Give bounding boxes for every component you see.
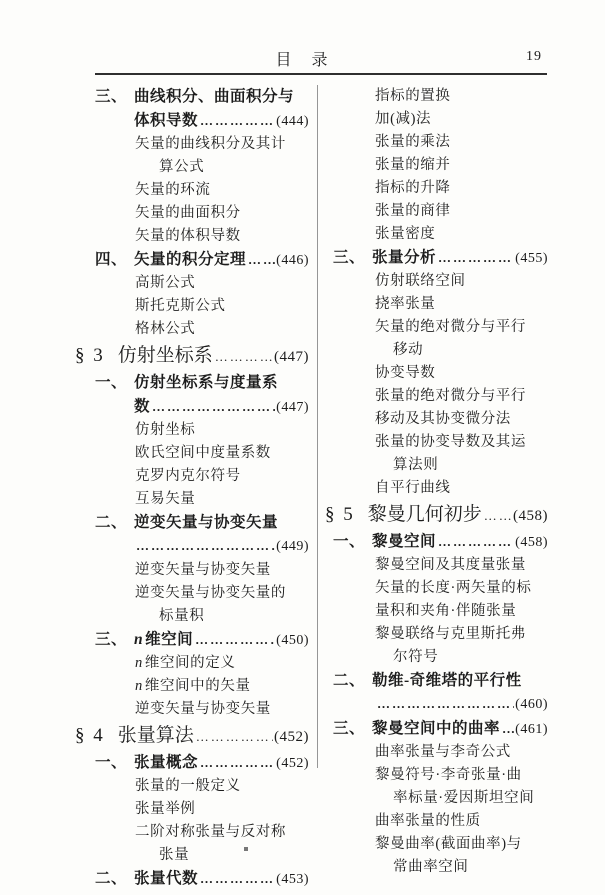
toc-entry: 二、勒维-奇维塔的平行性: [325, 671, 548, 695]
dot-leader: …………………………………………………………………………………………………………: [438, 251, 514, 264]
toc-entry: 黎曼空间及其度量张量: [325, 556, 548, 579]
page-title: 目 录: [0, 47, 605, 70]
toc-entry: 格林公式: [75, 320, 309, 343]
toc-entry: 黎曼联络与克里斯托弗: [325, 625, 548, 648]
entry-title: 张量算法: [118, 726, 194, 745]
entry-title: 黎曼几何初步: [368, 505, 482, 524]
toc-entry: 移动及其协变微分法: [325, 410, 548, 433]
entry-number: 三、: [95, 89, 127, 105]
entry-title: 张量的乘法: [375, 135, 451, 150]
entry-title: 黎曼符号·李奇张量·曲: [375, 768, 522, 783]
dot-leader: …………………………………………………………………………………………………………: [200, 872, 275, 885]
entry-title: 数: [134, 399, 150, 415]
entry-title: 矢量的曲面积分: [135, 206, 241, 221]
toc-entry: 二、张量代数……………………………………………………………………………………………: [75, 869, 309, 893]
entry-title: 算公式: [159, 160, 204, 175]
toc-entry: 斯托克斯公式: [75, 297, 309, 320]
dot-leader: …………………………………………………………………………………………………………: [377, 697, 514, 710]
entry-title: 张量举例: [135, 802, 195, 817]
toc-entry: 矢量的长度·两矢量的标: [325, 579, 548, 602]
dot-leader: …………………………………………………………………………………………………………: [502, 722, 514, 735]
entry-page: (450): [276, 634, 309, 648]
toc-entry: 三、曲线积分、曲面积分与: [75, 87, 309, 111]
toc-entry: 逆变矢量与协变矢量的: [75, 584, 309, 607]
header-rule: [95, 73, 547, 75]
toc-entry: § 5黎曼几何初步……………………………………………………………………………………: [325, 502, 548, 532]
entry-title: 指标的置换: [375, 89, 451, 104]
toc-entry: 一、张量概念……………………………………………………………………………………………: [75, 753, 309, 777]
entry-title: 斯托克斯公式: [135, 299, 226, 314]
entry-page: (458): [513, 509, 548, 524]
toc-entry: 互易矢量: [75, 490, 309, 513]
dot-leader: …………………………………………………………………………………………………………: [196, 730, 273, 743]
toc-entry: 仿射坐标: [75, 421, 309, 444]
entry-number: 四、: [95, 252, 127, 268]
entry-title: 矢量的长度·两矢量的标: [375, 581, 531, 596]
entry-title: 勒维-奇维塔的平行性: [372, 673, 522, 689]
entry-title: 移动: [393, 343, 423, 358]
entry-title: 矢量的积分定理: [134, 252, 246, 268]
entry-title: 尔符号: [393, 650, 438, 665]
entry-title: 互易矢量: [135, 492, 195, 507]
entry-title: 张量概念: [134, 755, 198, 771]
dot-leader: …………………………………………………………………………………………………………: [484, 509, 512, 522]
toc-entry: 指标的升降: [325, 179, 548, 202]
entry-page: (444): [276, 115, 309, 129]
toc-entry: 仿射联络空间: [325, 272, 548, 295]
entry-page: (455): [515, 252, 548, 266]
entry-page: (460): [515, 698, 548, 712]
entry-title: 仿射坐标系与度量系: [134, 375, 278, 391]
entry-title: 矢量的曲线积分及其计: [135, 137, 286, 152]
entry-page: (449): [276, 540, 309, 554]
toc-entry: § 3仿射坐标系………………………………………………………………………………………: [75, 343, 309, 373]
entry-title: 标量积: [159, 609, 204, 624]
entry-title: 张量: [159, 848, 189, 863]
toc-entry: 黎曼曲率(截面曲率)与: [325, 835, 548, 858]
toc-entry: 克罗内克尔符号: [75, 467, 309, 490]
toc-entry: 张量密度: [325, 225, 548, 248]
dot-leader: …………………………………………………………………………………………………………: [200, 756, 275, 769]
entry-title: 黎曼曲率(截面曲率)与: [375, 837, 522, 852]
toc-entry: 张量的绝对微分与平行: [325, 387, 548, 410]
toc-entry: 逆变矢量与协变矢量: [75, 561, 309, 584]
toc-entry: 张量举例: [75, 800, 309, 823]
entry-title-text: 维空间中的矢量: [145, 678, 251, 694]
entry-title: n维空间: [134, 632, 193, 648]
toc-entry: 算公式: [75, 158, 309, 181]
entry-number: § 4: [75, 726, 105, 745]
entry-title: 二阶对称张量与反对称: [135, 825, 286, 840]
toc-entry: 矢量的体积导数: [75, 227, 309, 250]
toc-entry: 协变导数: [325, 364, 548, 387]
page-number: 19: [526, 49, 542, 65]
toc-entry: 欧氏空间中度量系数: [75, 444, 309, 467]
toc-entry: 三、张量分析……………………………………………………………………………………………: [325, 248, 548, 272]
toc-entry: 张量的缩并: [325, 156, 548, 179]
entry-title: 曲率张量的性质: [375, 814, 481, 829]
dot-leader: …………………………………………………………………………………………………………: [195, 633, 275, 646]
toc-entry: 尔符号: [325, 648, 548, 671]
entry-number: 三、: [333, 250, 365, 266]
entry-title: 黎曼联络与克里斯托弗: [375, 627, 526, 642]
entry-number: 二、: [95, 515, 127, 531]
toc-entry: 矢量的曲面积分: [75, 204, 309, 227]
toc-entry: 标量积: [75, 607, 309, 630]
toc-entry: 曲率张量与李奇公式: [325, 743, 548, 766]
dot-leader: …………………………………………………………………………………………………………: [136, 539, 275, 552]
entry-number: 一、: [95, 375, 127, 391]
toc-entry: 曲率张量的性质: [325, 812, 548, 835]
entry-title: 张量的一般定义: [135, 779, 241, 794]
entry-title: n维空间中的矢量: [135, 679, 251, 694]
entry-title: 矢量的体积导数: [135, 229, 241, 244]
toc-entry: 自平行曲线: [325, 479, 548, 502]
italic-variable: n: [134, 631, 143, 648]
toc-entry: 算法则: [325, 456, 548, 479]
entry-title: 仿射联络空间: [375, 274, 466, 289]
entry-title: 欧氏空间中度量系数: [135, 446, 271, 461]
toc-entry: 矢量的曲线积分及其计: [75, 135, 309, 158]
entry-page: (447): [274, 350, 309, 365]
entry-page: (452): [276, 757, 309, 771]
entry-title: 曲率张量与李奇公式: [375, 745, 511, 760]
toc-entry: 一、仿射坐标系与度量系: [75, 373, 309, 397]
dot-leader: …………………………………………………………………………………………………………: [215, 350, 273, 363]
toc-entry: 三、黎曼空间中的曲率…………………………………………………………………………………: [325, 719, 548, 743]
entry-title: 指标的升降: [375, 181, 451, 196]
toc-entry: 高斯公式: [75, 274, 309, 297]
scan-speck: [244, 847, 248, 851]
toc-entry: 三、n维空间……………………………………………………………………………………………: [75, 630, 309, 654]
entry-title: 黎曼空间及其度量张量: [375, 558, 526, 573]
entry-title: 张量分析: [372, 250, 436, 266]
toc-right-column: 指标的置换加(减)法张量的乘法张量的缩并指标的升降张量的商律张量密度三、张量分析…: [325, 87, 548, 881]
toc-entry: 张量的乘法: [325, 133, 548, 156]
dot-leader: …………………………………………………………………………………………………………: [152, 400, 275, 413]
entry-number: 二、: [95, 871, 127, 887]
entry-title: 张量代数: [134, 871, 198, 887]
entry-title: 格林公式: [135, 322, 195, 337]
toc-left-column: 三、曲线积分、曲面积分与体积导数…………………………………………………………………: [75, 87, 309, 893]
toc-entry: § 4张量算法…………………………………………………………………………………………: [75, 723, 309, 753]
entry-page: (447): [276, 401, 309, 415]
entry-title: 张量的绝对微分与平行: [375, 389, 526, 404]
toc-entry: 加(减)法: [325, 110, 548, 133]
entry-title: 曲线积分、曲面积分与: [134, 89, 294, 105]
toc-entry: n维空间的定义: [75, 654, 309, 677]
entry-title: 逆变矢量与协变矢量: [134, 515, 278, 531]
toc-page: 目 录 19 三、曲线积分、曲面积分与体积导数………………………………………………: [0, 0, 605, 895]
toc-entry: 四、矢量的积分定理……………………………………………………………………………………: [75, 250, 309, 274]
entry-number: § 5: [325, 505, 355, 524]
toc-entry: ……………………………………………………………………………………………………………: [325, 695, 548, 719]
entry-title: 协变导数: [375, 366, 435, 381]
entry-number: 一、: [333, 534, 365, 550]
entry-title: 张量的商律: [375, 204, 451, 219]
entry-title: 仿射坐标: [135, 423, 195, 438]
entry-number: 一、: [95, 755, 127, 771]
toc-entry: 张量的协变导数及其运: [325, 433, 548, 456]
entry-title-text: 维空间的定义: [145, 655, 236, 671]
entry-title: 体积导数: [134, 113, 198, 129]
column-divider: [317, 85, 318, 768]
entry-page: (461): [515, 723, 548, 737]
entry-title-text: 维空间: [145, 631, 193, 648]
entry-title: 移动及其协变微分法: [375, 412, 511, 427]
toc-entry: 率标量·爱因斯坦空间: [325, 789, 548, 812]
toc-entry: 挠率张量: [325, 295, 548, 318]
entry-title: 加(减)法: [375, 112, 431, 127]
entry-title: 逆变矢量与协变矢量: [135, 702, 271, 717]
dot-leader: …………………………………………………………………………………………………………: [248, 253, 275, 266]
toc-entry: 量积和夹角·伴随张量: [325, 602, 548, 625]
entry-title: 矢量的绝对微分与平行: [375, 320, 526, 335]
entry-page: (458): [515, 536, 548, 550]
entry-title: 逆变矢量与协变矢量: [135, 563, 271, 578]
entry-title: 张量密度: [375, 227, 435, 242]
entry-page: (452): [274, 730, 309, 745]
toc-entry: 数…………………………………………………………………………………………………………: [75, 397, 309, 421]
toc-entry: 移动: [325, 341, 548, 364]
entry-title: 仿射坐标系: [118, 346, 213, 365]
entry-title: 黎曼空间: [372, 534, 436, 550]
toc-entry: 张量的一般定义: [75, 777, 309, 800]
entry-title: 自平行曲线: [375, 481, 451, 496]
entry-title: 算法则: [393, 458, 438, 473]
entry-title: 黎曼空间中的曲率: [372, 721, 500, 737]
entry-number: 二、: [333, 673, 365, 689]
toc-entry: 矢量的绝对微分与平行: [325, 318, 548, 341]
toc-entry: 指标的置换: [325, 87, 548, 110]
entry-title: 张量的缩并: [375, 158, 451, 173]
italic-variable: n: [135, 678, 143, 694]
entry-number: 三、: [95, 632, 127, 648]
entry-title: 逆变矢量与协变矢量的: [135, 586, 286, 601]
toc-entry: 体积导数…………………………………………………………………………………………………: [75, 111, 309, 135]
entry-number: 三、: [333, 721, 365, 737]
entry-title: 高斯公式: [135, 276, 195, 291]
toc-entry: 常曲率空间: [325, 858, 548, 881]
entry-title: 常曲率空间: [393, 860, 469, 875]
italic-variable: n: [135, 655, 143, 671]
toc-entry: 二、逆变矢量与协变矢量: [75, 513, 309, 537]
dot-leader: …………………………………………………………………………………………………………: [438, 535, 514, 548]
entry-title: 矢量的环流: [135, 183, 211, 198]
dot-leader: …………………………………………………………………………………………………………: [200, 114, 275, 127]
toc-entry: ……………………………………………………………………………………………………………: [75, 537, 309, 561]
toc-entry: 黎曼符号·李奇张量·曲: [325, 766, 548, 789]
entry-title: 张量的协变导数及其运: [375, 435, 526, 450]
entry-number: § 3: [75, 346, 105, 365]
entry-title: 挠率张量: [375, 297, 435, 312]
toc-entry: 二阶对称张量与反对称: [75, 823, 309, 846]
toc-entry: 逆变矢量与协变矢量: [75, 700, 309, 723]
entry-page: (446): [276, 254, 309, 268]
toc-entry: 矢量的环流: [75, 181, 309, 204]
toc-entry: 张量: [75, 846, 309, 869]
entry-title: 量积和夹角·伴随张量: [375, 604, 516, 619]
entry-title: n维空间的定义: [135, 656, 235, 671]
entry-title: 克罗内克尔符号: [135, 469, 241, 484]
entry-title: 率标量·爱因斯坦空间: [393, 791, 534, 806]
toc-entry: 一、黎曼空间……………………………………………………………………………………………: [325, 532, 548, 556]
toc-entry: 张量的商律: [325, 202, 548, 225]
entry-page: (453): [276, 873, 309, 887]
toc-entry: n维空间中的矢量: [75, 677, 309, 700]
